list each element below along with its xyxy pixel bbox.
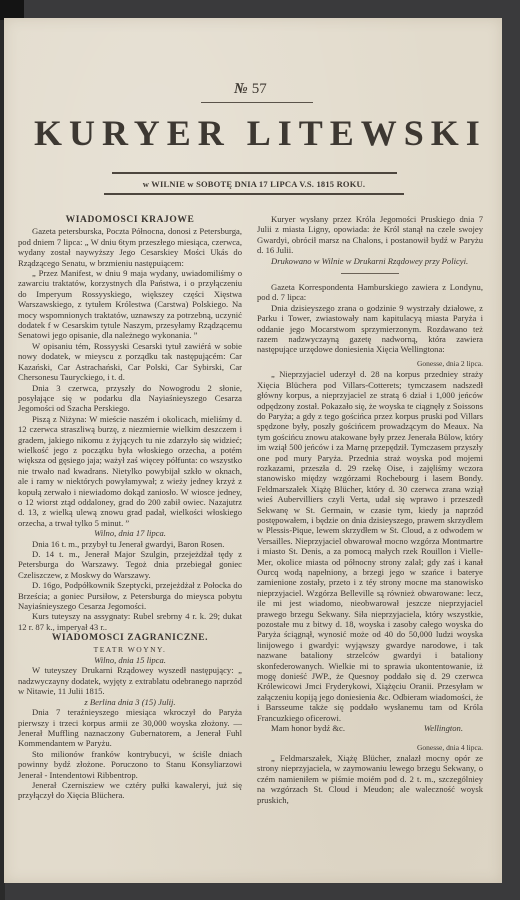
issue-dateline: w WILNIE w SOBOTĘ DNIA 17 LIPCA V.S. 181… (104, 179, 404, 189)
section-subheading-theatre-of-war: TEATR WOYNY. (18, 645, 242, 655)
dateline-wilno: Wilno, dnia 17 lipca. (18, 528, 242, 538)
masthead-rule-short (201, 102, 313, 103)
article-paragraph: Dnia 3 czerwca, przyszły do Nowogrodu 2 … (18, 383, 242, 414)
article-paragraph: D. 16go, Podpółkownik Szeptycki, przejeż… (18, 580, 242, 611)
dateline-wilno: Wilno, dnia 15 lipca. (18, 655, 242, 665)
newspaper-page: №57 KURYER LITEWSKI w WILNIE w SOBOTĘ DN… (4, 18, 502, 883)
signoff-text: Mam honor bydź &c. (271, 723, 345, 733)
dateline-gonesse: Gonesse, dnia 4 lipca. (257, 743, 483, 753)
dateline-rule-top (112, 172, 397, 174)
article-paragraph: Kuryer wysłany przez Króla Jegomości Pru… (257, 214, 483, 256)
left-column: WIADOMOSCI KRAJOWE Gazeta petersburska, … (18, 214, 242, 801)
article-paragraph: „ Nieprzyjaciel uderzył d. 28 na korpus … (257, 369, 483, 723)
section-heading-domestic-news: WIADOMOSCI KRAJOWE (18, 215, 242, 225)
right-column: Kuryer wysłany przez Króla Jegomości Pru… (257, 214, 483, 805)
article-paragraph: Jenerał Czernisziew we cztéry pułki kawa… (18, 780, 242, 801)
article-paragraph: W opisaniu tém, Rossyyski Cesarski tytuł… (18, 341, 242, 383)
printer-imprint: Drukowano w Wilnie w Drukarni Rządowey p… (257, 256, 483, 266)
article-paragraph: W tuteyszey Drukarni Rządowey wyszedł na… (18, 665, 242, 696)
article-paragraph: Gazeta petersburska, Poczta Północna, do… (18, 226, 242, 268)
issue-number-value: 57 (252, 81, 267, 97)
spacer (257, 734, 483, 739)
article-paragraph: Gazeta Korrespondenta Hamburskiego zawie… (257, 282, 483, 303)
article-paragraph: Piszą z Niżyna: W mieście naszém i okoli… (18, 414, 242, 528)
article-paragraph: Dnia 7 teraźnieyszego miesiąca wkroczył … (18, 707, 242, 749)
exchange-rates: Kurs tuteyszy na assygnaty: Rubel srebrn… (18, 611, 242, 632)
dateline-gonesse: Gonesse, dnia 2 lipca. (257, 359, 483, 369)
article-paragraph: D. 14 t. m., Jenerał Major Szulgin, prze… (18, 549, 242, 580)
signature-wellington: Wellington. (424, 723, 463, 733)
article-paragraph: Dnia 16 t. m., przybył tu Jenerał gwardy… (18, 539, 242, 549)
article-paragraph: Sto milionów franków kontrybucyi, w ściś… (18, 749, 242, 780)
scan-corner-mark (0, 0, 24, 20)
dateline-rule-bottom (104, 193, 404, 195)
dateline-berlin: z Berlina dnia 3 (15) Julij. (18, 697, 242, 707)
column-separator-rule (341, 273, 399, 274)
article-paragraph: „ Przez Manifest, w dniu 9 maja wydany, … (18, 268, 242, 341)
letter-signoff: Mam honor bydź &c. Wellington. (257, 723, 483, 733)
section-heading-foreign-news: WIADOMOSCI ZAGRANICZNE. (18, 633, 242, 643)
article-paragraph: Dnia dzisieyszego zrana o godzinie 9 wys… (257, 303, 483, 355)
article-paragraph: „ Feldmarszałek, Xiążę Blücher, znalazł … (257, 753, 483, 805)
issue-prefix: № (234, 81, 248, 97)
issue-number: №57 (234, 81, 267, 98)
newspaper-title: KURYER LITEWSKI (34, 112, 474, 154)
